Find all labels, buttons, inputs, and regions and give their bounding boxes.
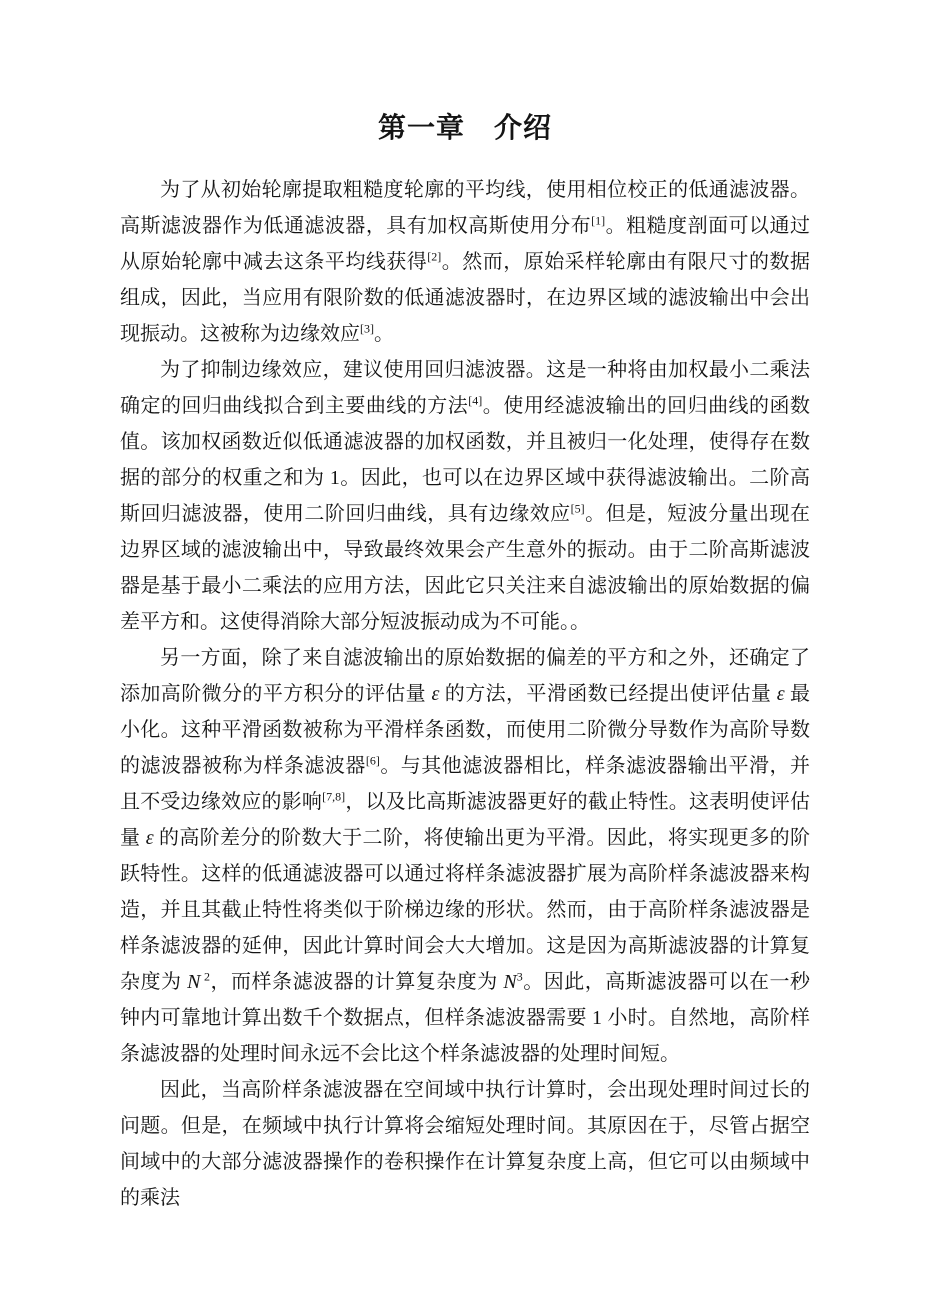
paragraph: 为了从初始轮廓提取粗糙度轮廓的平均线，使用相位校正的低通滤波器。高斯滤波器作为低… xyxy=(120,172,810,352)
math-symbol: ε xyxy=(777,683,785,705)
superscript-reference: [6] xyxy=(366,753,380,767)
superscript-reference: [2] xyxy=(427,249,441,263)
document-body: 为了从初始轮廓提取粗糙度轮廓的平均线，使用相位校正的低通滤波器。高斯滤波器作为低… xyxy=(120,172,810,1216)
paragraph: 另一方面，除了来自滤波输出的原始数据的偏差的平方和之外，还确定了添加高阶微分的平… xyxy=(120,640,810,1072)
superscript-reference: [5] xyxy=(571,501,585,515)
math-symbol: N xyxy=(187,971,200,993)
document-page: 第一章 介绍 为了从初始轮廓提取粗糙度轮廓的平均线，使用相位校正的低通滤波器。高… xyxy=(0,0,926,1309)
superscript-reference: [7,8] xyxy=(322,789,345,803)
superscript-reference: [1] xyxy=(591,213,605,227)
superscript-reference: 2 xyxy=(200,969,210,983)
paragraph: 为了抑制边缘效应，建议使用回归滤波器。这是一种将由加权最小二乘法确定的回归曲线拟… xyxy=(120,352,810,640)
math-symbol: ε xyxy=(432,683,440,705)
paragraph: 因此，当高阶样条滤波器在空间域中执行计算时，会出现处理时间过长的问题。但是，在频… xyxy=(120,1072,810,1216)
superscript-reference: [3] xyxy=(360,321,374,335)
superscript-reference: [4] xyxy=(468,393,482,407)
math-symbol: N xyxy=(503,971,516,993)
chapter-title: 第一章 介绍 xyxy=(120,110,810,148)
superscript-reference: 3 xyxy=(517,969,523,983)
math-symbol: ε xyxy=(146,827,154,849)
